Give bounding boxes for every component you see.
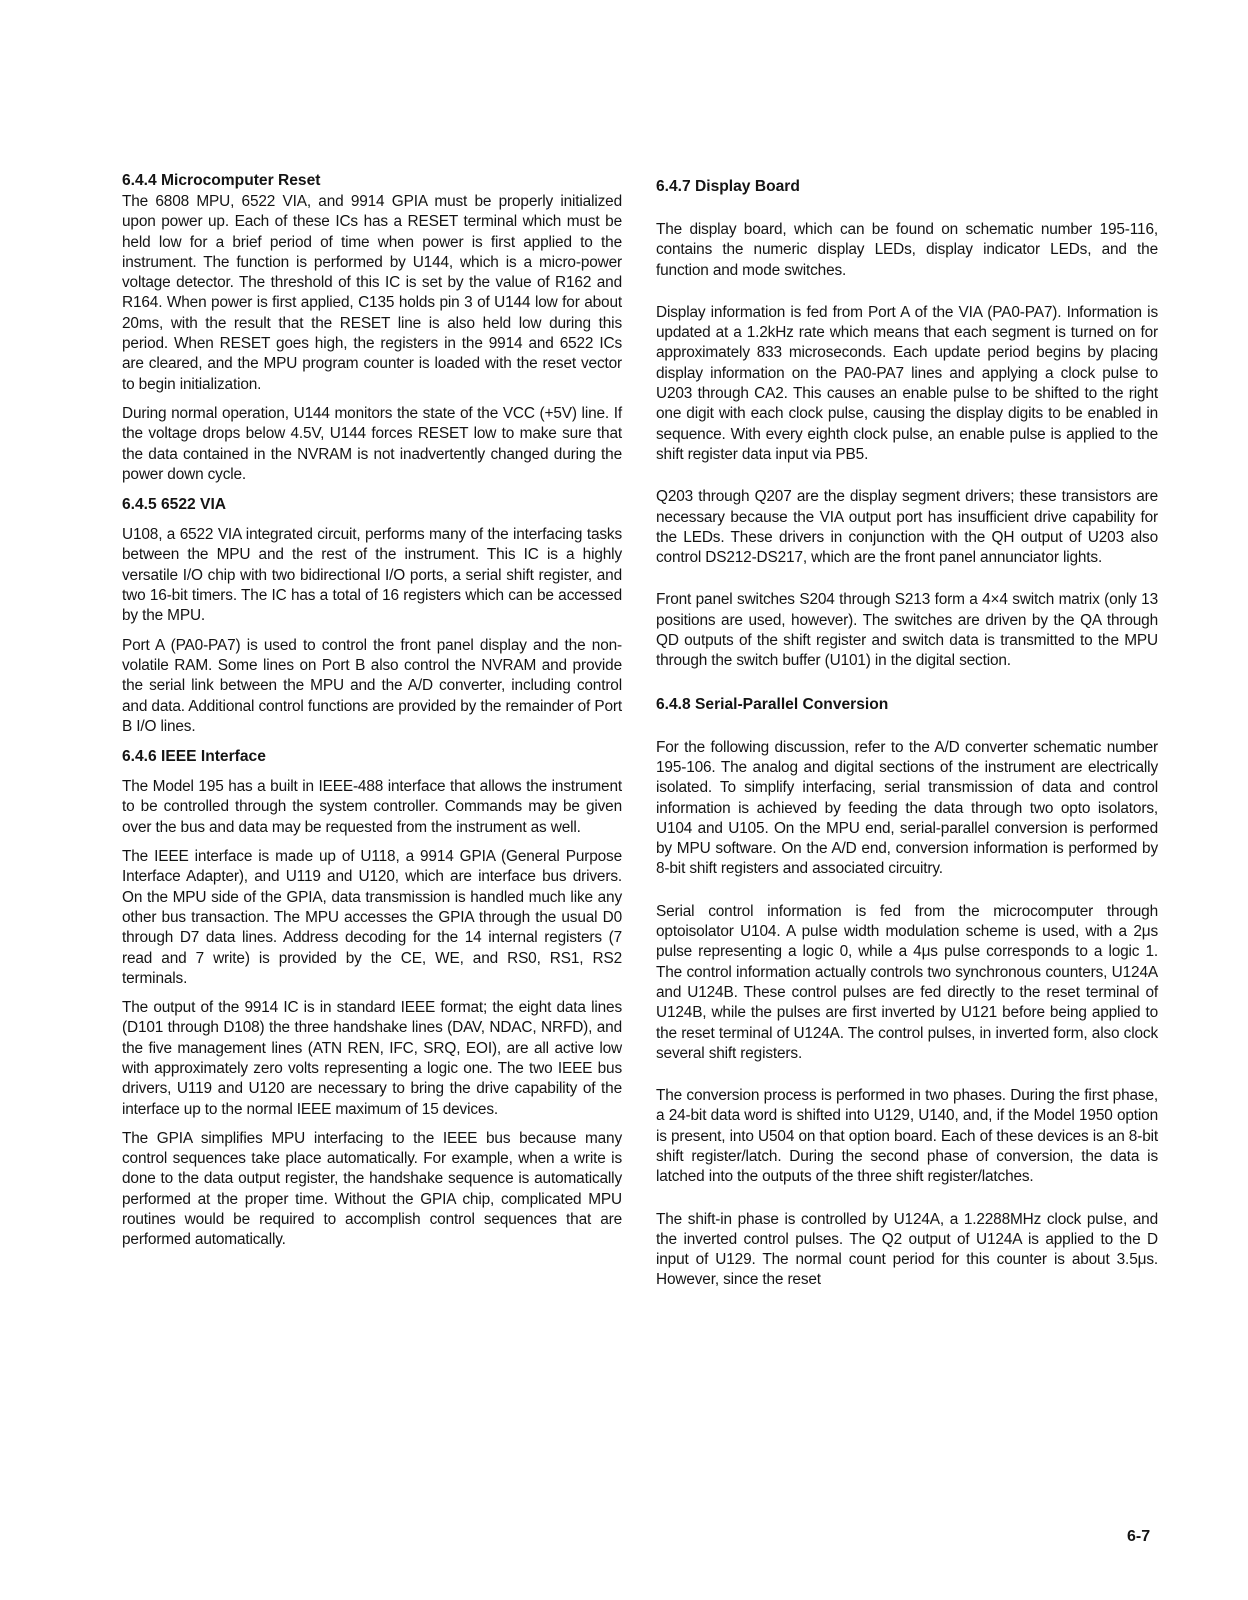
page-number: 6-7 bbox=[1127, 1528, 1150, 1546]
paragraph-display-board-2: Display information is fed from Port A o… bbox=[656, 303, 1158, 465]
section-heading-6-4-6: 6.4.6 IEEE Interface bbox=[122, 746, 622, 768]
paragraph-ieee-2: The IEEE interface is made up of U118, a… bbox=[122, 847, 622, 989]
paragraph-serial-parallel-1: For the following discussion, refer to t… bbox=[656, 738, 1158, 880]
paragraph-ieee-3: The output of the 9914 IC is in standard… bbox=[122, 998, 622, 1120]
paragraph-serial-parallel-2: Serial control information is fed from t… bbox=[656, 902, 1158, 1064]
paragraph-ieee-1: The Model 195 has a built in IEEE-488 in… bbox=[122, 777, 622, 838]
paragraph-display-board-3: Q203 through Q207 are the display segmen… bbox=[656, 487, 1158, 568]
paragraph-microcomputer-reset-1: The 6808 MPU, 6522 VIA, and 9914 GPIA mu… bbox=[122, 192, 622, 395]
paragraph-display-board-4: Front panel switches S204 through S213 f… bbox=[656, 590, 1158, 671]
right-column: 6.4.7 Display Board The display board, w… bbox=[656, 176, 1158, 1313]
paragraph-via-1: U108, a 6522 VIA integrated circuit, per… bbox=[122, 525, 622, 626]
paragraph-serial-parallel-3: The conversion process is performed in t… bbox=[656, 1086, 1158, 1187]
paragraph-ieee-4: The GPIA simplifies MPU interfacing to t… bbox=[122, 1129, 622, 1251]
paragraph-via-2: Port A (PA0-PA7) is used to control the … bbox=[122, 636, 622, 737]
paragraph-serial-parallel-4: The shift-in phase is controlled by U124… bbox=[656, 1210, 1158, 1291]
paragraph-microcomputer-reset-2: During normal operation, U144 monitors t… bbox=[122, 404, 622, 485]
section-heading-6-4-7: 6.4.7 Display Board bbox=[656, 176, 1158, 198]
section-heading-6-4-8: 6.4.8 Serial-Parallel Conversion bbox=[656, 694, 1158, 716]
section-heading-6-4-4: 6.4.4 Microcomputer Reset bbox=[122, 170, 622, 192]
paragraph-display-board-1: The display board, which can be found on… bbox=[656, 220, 1158, 281]
left-column: 6.4.4 Microcomputer Reset The 6808 MPU, … bbox=[122, 170, 622, 1260]
section-heading-6-4-5: 6.4.5 6522 VIA bbox=[122, 494, 622, 516]
